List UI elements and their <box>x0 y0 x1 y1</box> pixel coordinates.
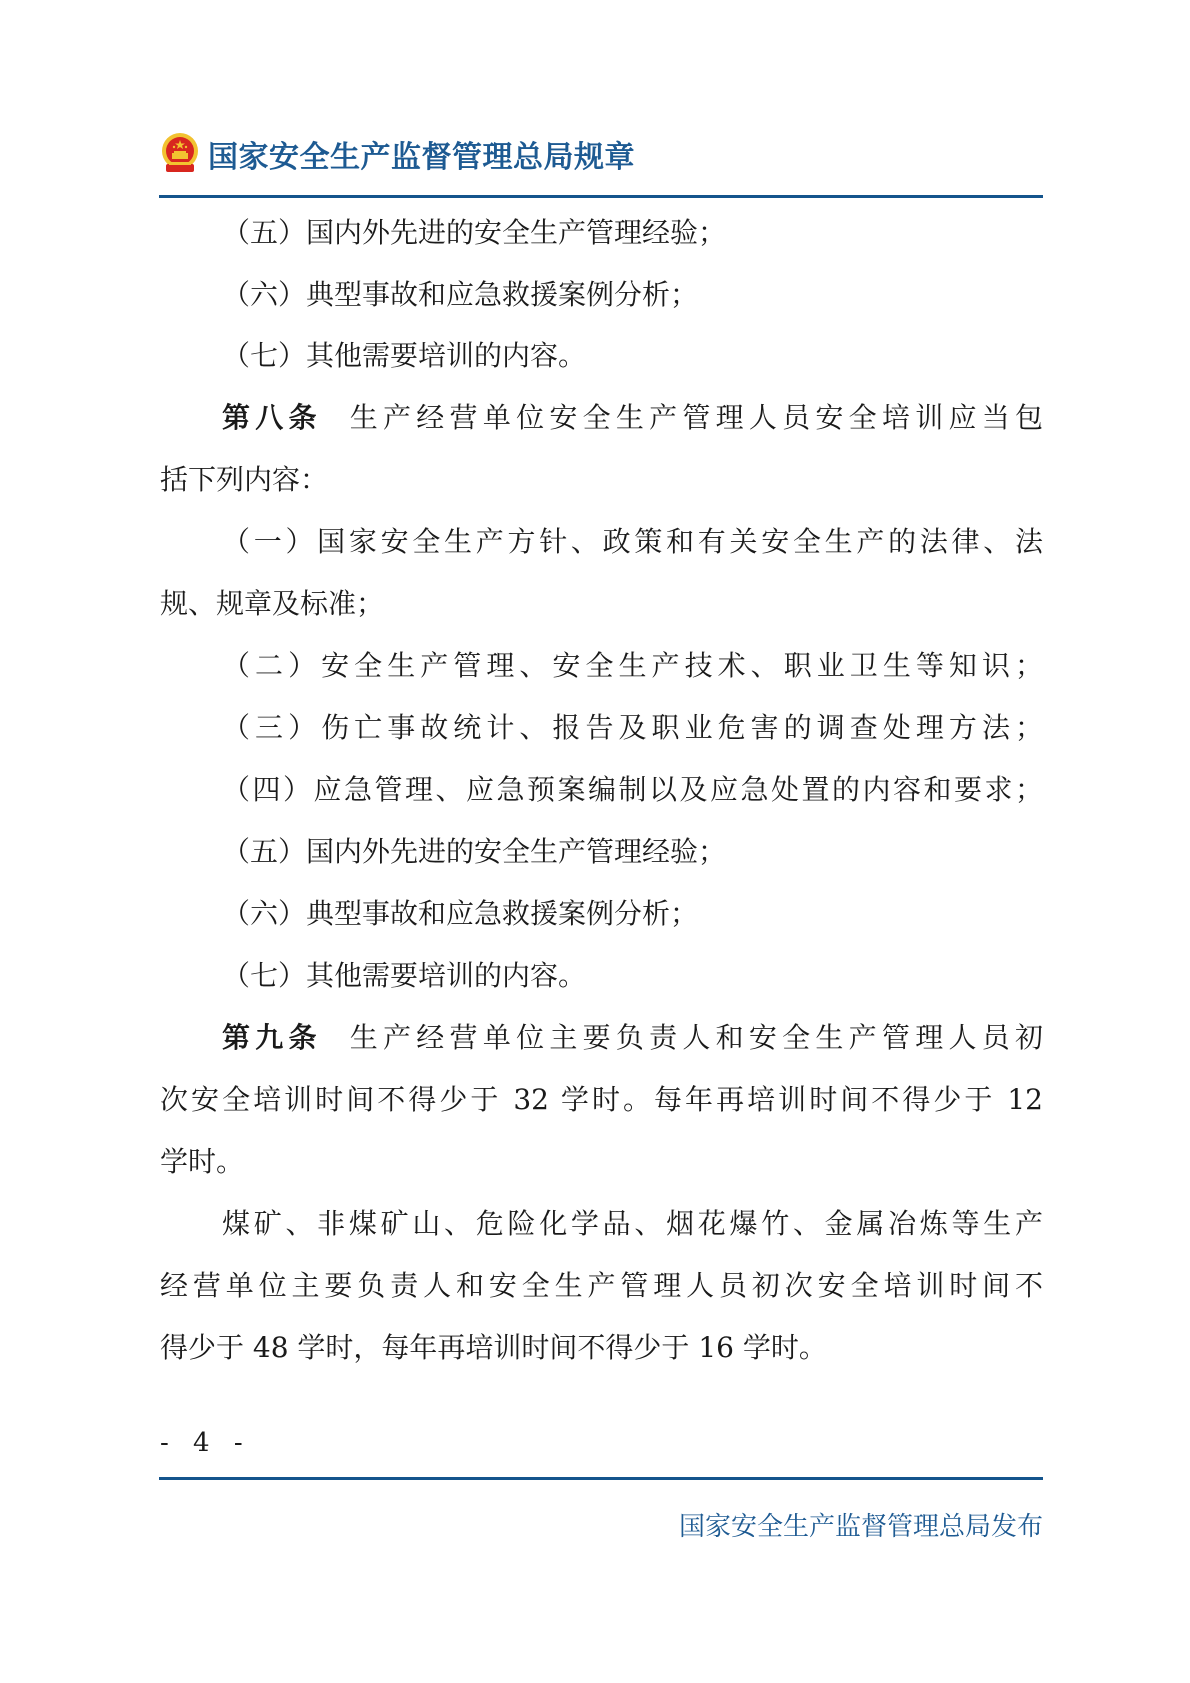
text-line: （六）典型事故和应急救援案例分析； <box>222 894 698 934</box>
text-span: 生产经营单位主要负责人和安全生产管理人员初 <box>350 1021 1043 1054</box>
text-line: （一）国家安全生产方针、政策和有关安全生产的法律、法 <box>222 522 1043 562</box>
text-line: （七）其他需要培训的内容。 <box>222 956 586 996</box>
header-title: 国家安全生产监督管理总局规章 <box>208 132 635 176</box>
text-line: （三）伤亡事故统计、报告及职业危害的调查处理方法； <box>222 708 1043 748</box>
page-number: - 4 - <box>160 1428 251 1458</box>
text-line: 经营单位主要负责人和安全生产管理人员初次安全培训时间不 <box>160 1266 1043 1306</box>
text-line: （四）应急管理、应急预案编制以及应急处置的内容和要求； <box>222 770 1043 810</box>
text-line: 次安全培训时间不得少于 32 学时。每年再培训时间不得少于 12 <box>160 1080 1043 1120</box>
page-header: 国家安全生产监督管理总局规章 <box>160 126 635 182</box>
text-line: 得少于 48 学时，每年再培训时间不得少于 16 学时。 <box>160 1328 827 1368</box>
article-number: 第八条 <box>222 401 322 434</box>
national-emblem-icon <box>160 132 200 176</box>
text-line: （七）其他需要培训的内容。 <box>222 336 586 376</box>
publisher-label: 国家安全生产监督管理总局发布 <box>679 1506 1043 1543</box>
text-span: 生产经营单位安全生产管理人员安全培训应当包 <box>350 401 1043 434</box>
text-line: 煤矿、非煤矿山、危险化学品、烟花爆竹、金属冶炼等生产 <box>222 1204 1043 1244</box>
footer-divider <box>159 1477 1043 1480</box>
article-line: 第九条生产经营单位主要负责人和安全生产管理人员初 <box>222 1018 1043 1058</box>
text-line: （六）典型事故和应急救援案例分析； <box>222 275 698 315</box>
text-line: （五）国内外先进的安全生产管理经验； <box>222 832 726 872</box>
article-number: 第九条 <box>222 1021 322 1054</box>
text-line: 学时。 <box>160 1142 244 1182</box>
text-line: （五）国内外先进的安全生产管理经验； <box>222 213 726 253</box>
text-line: 括下列内容： <box>160 460 328 500</box>
text-line: 规、规章及标准； <box>160 584 384 624</box>
text-line: （二）安全生产管理、安全生产技术、职业卫生等知识； <box>222 646 1043 686</box>
article-line: 第八条生产经营单位安全生产管理人员安全培训应当包 <box>222 398 1043 438</box>
header-divider <box>159 195 1043 198</box>
